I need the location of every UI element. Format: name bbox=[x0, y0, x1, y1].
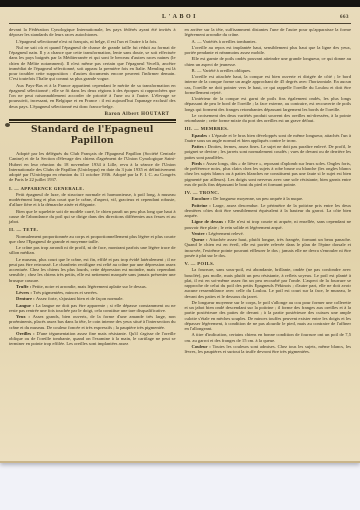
paragraph-lead: Epaules : bbox=[192, 133, 212, 138]
paragraph: La fourrure, sans sous-poil, est abondan… bbox=[185, 267, 352, 299]
paragraph: devant la Fédération Cynologique Interna… bbox=[9, 27, 176, 38]
section-heading: III. — MEMBRES. bbox=[185, 126, 352, 131]
journal-title: L'ABOI bbox=[9, 14, 351, 20]
article-title: Standard de l'Epagneul Papillon bbox=[9, 125, 176, 147]
paragraph: Encolure : De longueur moyenne, un peu a… bbox=[185, 196, 352, 201]
right-column: en arrière sur la tête, suffisamment dis… bbox=[185, 27, 352, 355]
paragraph-lead: Lèvres : bbox=[16, 290, 33, 295]
paragraph: A. — Variétés à oreilles tombantes. bbox=[185, 39, 352, 44]
left-column-body-text: Adopté par les délégués du Club Français… bbox=[9, 151, 176, 347]
paragraph-lead: Queue : bbox=[192, 237, 210, 242]
running-header: L'ABOI 663 bbox=[9, 12, 351, 24]
paragraph: Denture : Assez forte, s'ajustant bien e… bbox=[9, 296, 176, 301]
signature: Baron Albert HOUTART bbox=[9, 112, 170, 117]
paragraph-lead: Ligne de dessus : bbox=[192, 219, 228, 224]
paragraph-lead: Pieds : bbox=[192, 161, 206, 166]
paragraph-lead: Langue : bbox=[16, 303, 36, 308]
paragraph-lead: Ventre : bbox=[192, 231, 209, 236]
paragraph: Langue : La langue ne doit pas être appa… bbox=[9, 303, 176, 314]
section-heading: V. — POILS. bbox=[185, 261, 352, 266]
paragraph: Truffe : Petite, noire et arrondie, mais… bbox=[9, 284, 176, 289]
paragraph: L'oreille au repos est implantée haut, s… bbox=[185, 45, 352, 56]
paragraph: De longueur moyenne sur le corps, le poi… bbox=[185, 300, 352, 332]
paragraph-lead: Yeux : bbox=[16, 314, 33, 319]
paragraph: Queue : Attachée assez haut, plutôt long… bbox=[185, 237, 352, 258]
section-divider-rule bbox=[9, 119, 176, 123]
paragraph-lead: Poitrine : bbox=[192, 203, 213, 208]
paragraph: A titre d'indication, certains chiens en… bbox=[185, 332, 352, 343]
two-column-layout: devant la Fédération Cynologique Interna… bbox=[9, 27, 351, 355]
paragraph: Couleur : Toutes les couleurs sont admis… bbox=[185, 344, 352, 355]
paragraph: Lèvres : Très pigmentées, minces et serr… bbox=[9, 290, 176, 295]
paragraph: Aux Pays-Bas et à la France appartient c… bbox=[9, 83, 176, 109]
magazine-page: L'ABOI 663 devant la Fédération Cynologi… bbox=[0, 7, 360, 463]
paragraph: Oreilles : D'une tégumentation assez fin… bbox=[9, 331, 176, 347]
paragraph-lead: Denture : bbox=[16, 296, 36, 301]
paragraph: Adopté par les délégués du Club Français… bbox=[9, 151, 176, 183]
paragraph-lead: Couleur : bbox=[192, 344, 213, 349]
paragraph: Yeux : Assez grands, bien ouverts, de la… bbox=[9, 314, 176, 330]
paragraph: B. — Variété à oreilles obliques. bbox=[185, 68, 352, 73]
left-column-intro-text: devant la Fédération Cynologique Interna… bbox=[9, 27, 176, 109]
paragraph: Epaules : L'épaule et le bras bien dével… bbox=[185, 133, 352, 144]
section-heading: I. — APPARENCE GENERALE. bbox=[9, 186, 176, 191]
paragraph: Le croisement des deux variétés produit … bbox=[185, 113, 352, 124]
paragraph: L'oreille est attachée haut, la conque e… bbox=[185, 74, 352, 95]
ink-smudge bbox=[5, 123, 10, 127]
paragraph: L'intérieur de la conque est garni de po… bbox=[185, 96, 352, 112]
paragraph: Pattes : Droites, fermes, assez fines. L… bbox=[185, 144, 352, 160]
paragraph: Normalement proportionnée au corps et pr… bbox=[9, 234, 176, 245]
paragraph: L'épagneul sélectionné n'est ni français… bbox=[9, 39, 176, 44]
right-column-body-text: en arrière sur la tête, suffisamment dis… bbox=[185, 27, 352, 354]
paragraph-lead: Encolure : bbox=[192, 196, 214, 201]
paragraph: Ventre : Légèrement relevé. bbox=[185, 231, 352, 236]
paragraph: Petit épagneul de luxe, de structure nor… bbox=[9, 192, 176, 208]
paragraph-lead: Oreilles : bbox=[16, 331, 37, 336]
left-column: devant la Fédération Cynologique Interna… bbox=[9, 27, 176, 355]
section-heading: II. — TETE. bbox=[9, 227, 176, 232]
scan-edge-band bbox=[0, 0, 360, 7]
paragraph: Le museau, plus court que le crâne, est … bbox=[9, 257, 176, 283]
paragraph-lead: Pattes : bbox=[192, 144, 208, 149]
paragraph: Poitrine : Large, assez descendue. Le pé… bbox=[185, 203, 352, 219]
paragraph: Ligne de dessus : Elle n'est ni trop cou… bbox=[185, 219, 352, 230]
section-heading: IV. — TRONC. bbox=[185, 190, 352, 195]
paragraph: Nul ne sait où et quand l'épagneul de ch… bbox=[9, 45, 176, 82]
paragraph: Elle est garnie de poils ondés pouvant a… bbox=[185, 56, 352, 67]
paragraph: Bien que le squelette soit de modèle car… bbox=[9, 209, 176, 225]
page-number: 663 bbox=[340, 15, 349, 20]
paragraph: en arrière sur la tête, suffisamment dis… bbox=[185, 27, 352, 38]
paragraph: Pieds : Assez longs, dits « de lièvre »,… bbox=[185, 161, 352, 187]
paragraph-lead: Truffe : bbox=[16, 284, 32, 289]
scanned-page-view: L'ABOI 663 devant la Fédération Cynologi… bbox=[0, 0, 360, 510]
paragraph: Le crâne pas trop arrondi ni de profil, … bbox=[9, 245, 176, 256]
